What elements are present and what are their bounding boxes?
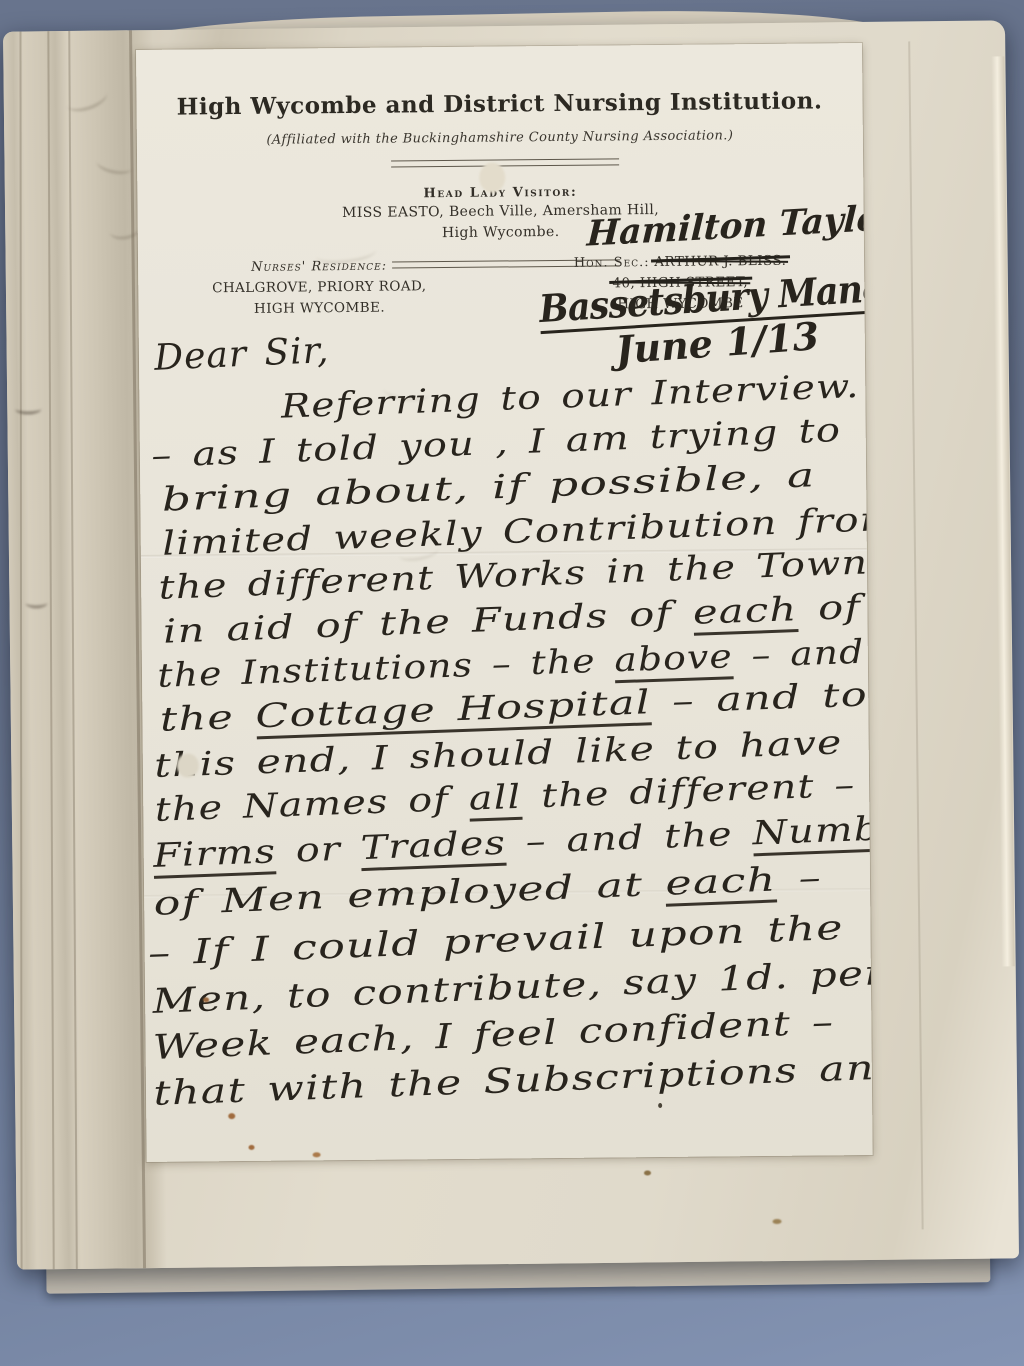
stain-spot xyxy=(313,1152,321,1157)
hon-sec-name-struck-out: ARTHUR J. BLISS. xyxy=(654,251,786,273)
stain-spot xyxy=(203,997,209,1002)
underlined-word: Firms xyxy=(152,831,276,879)
stain-pale-blob xyxy=(479,162,505,192)
salutation-line: Dear Sir, xyxy=(153,330,330,379)
letterhead-affiliation: (Affiliated with the Buckinghamshire Cou… xyxy=(137,127,863,149)
underlined-word: above xyxy=(614,636,734,683)
stain-spot xyxy=(644,1170,651,1175)
handwritten-text: the Names of xyxy=(154,779,469,829)
handwritten-text: – and to xyxy=(650,674,869,721)
handwritten-text: or xyxy=(275,828,361,870)
underlined-word: Trades xyxy=(360,823,507,871)
handwritten-text: of xyxy=(797,587,862,628)
album-fore-edge-highlight xyxy=(991,56,1014,966)
handwritten-text: Dear Sir, xyxy=(153,330,330,379)
hon-sec-label: Hon. Sec.: xyxy=(574,255,650,271)
stain-spot xyxy=(658,1103,662,1108)
letterhead-rule xyxy=(391,158,619,167)
letterhead-title: High Wycombe and District Nursing Instit… xyxy=(136,87,862,121)
album-vertical-crease xyxy=(908,41,923,1229)
underlined-word: all xyxy=(468,777,522,822)
nurses-residence-line1: CHALGROVE, PRIORY ROAD, xyxy=(190,276,448,299)
letter-sheet: High Wycombe and District Nursing Instit… xyxy=(136,43,873,1162)
underlined-word: each xyxy=(665,859,778,906)
stain-pale-blob xyxy=(177,753,199,777)
stain-spot xyxy=(249,1145,255,1150)
handwritten-text: – and the xyxy=(505,813,753,861)
handwritten-text: the different – xyxy=(521,765,856,816)
stain-spot xyxy=(773,1219,782,1224)
handwritten-text: – xyxy=(776,858,823,899)
nurses-residence-block: Nurses' Residence: CHALGROVE, PRIORY ROA… xyxy=(190,255,449,320)
photograph: { "photo": { "background_color": "#66728… xyxy=(0,0,1024,1366)
handwritten-text: – and xyxy=(732,632,865,675)
underlined-word: Number xyxy=(752,807,873,856)
handwritten-text: the xyxy=(159,696,256,738)
nurses-residence-line2: HIGH WYCOMBE. xyxy=(190,297,448,320)
stain-spot xyxy=(228,1113,235,1119)
underlined-word: each xyxy=(692,589,798,636)
